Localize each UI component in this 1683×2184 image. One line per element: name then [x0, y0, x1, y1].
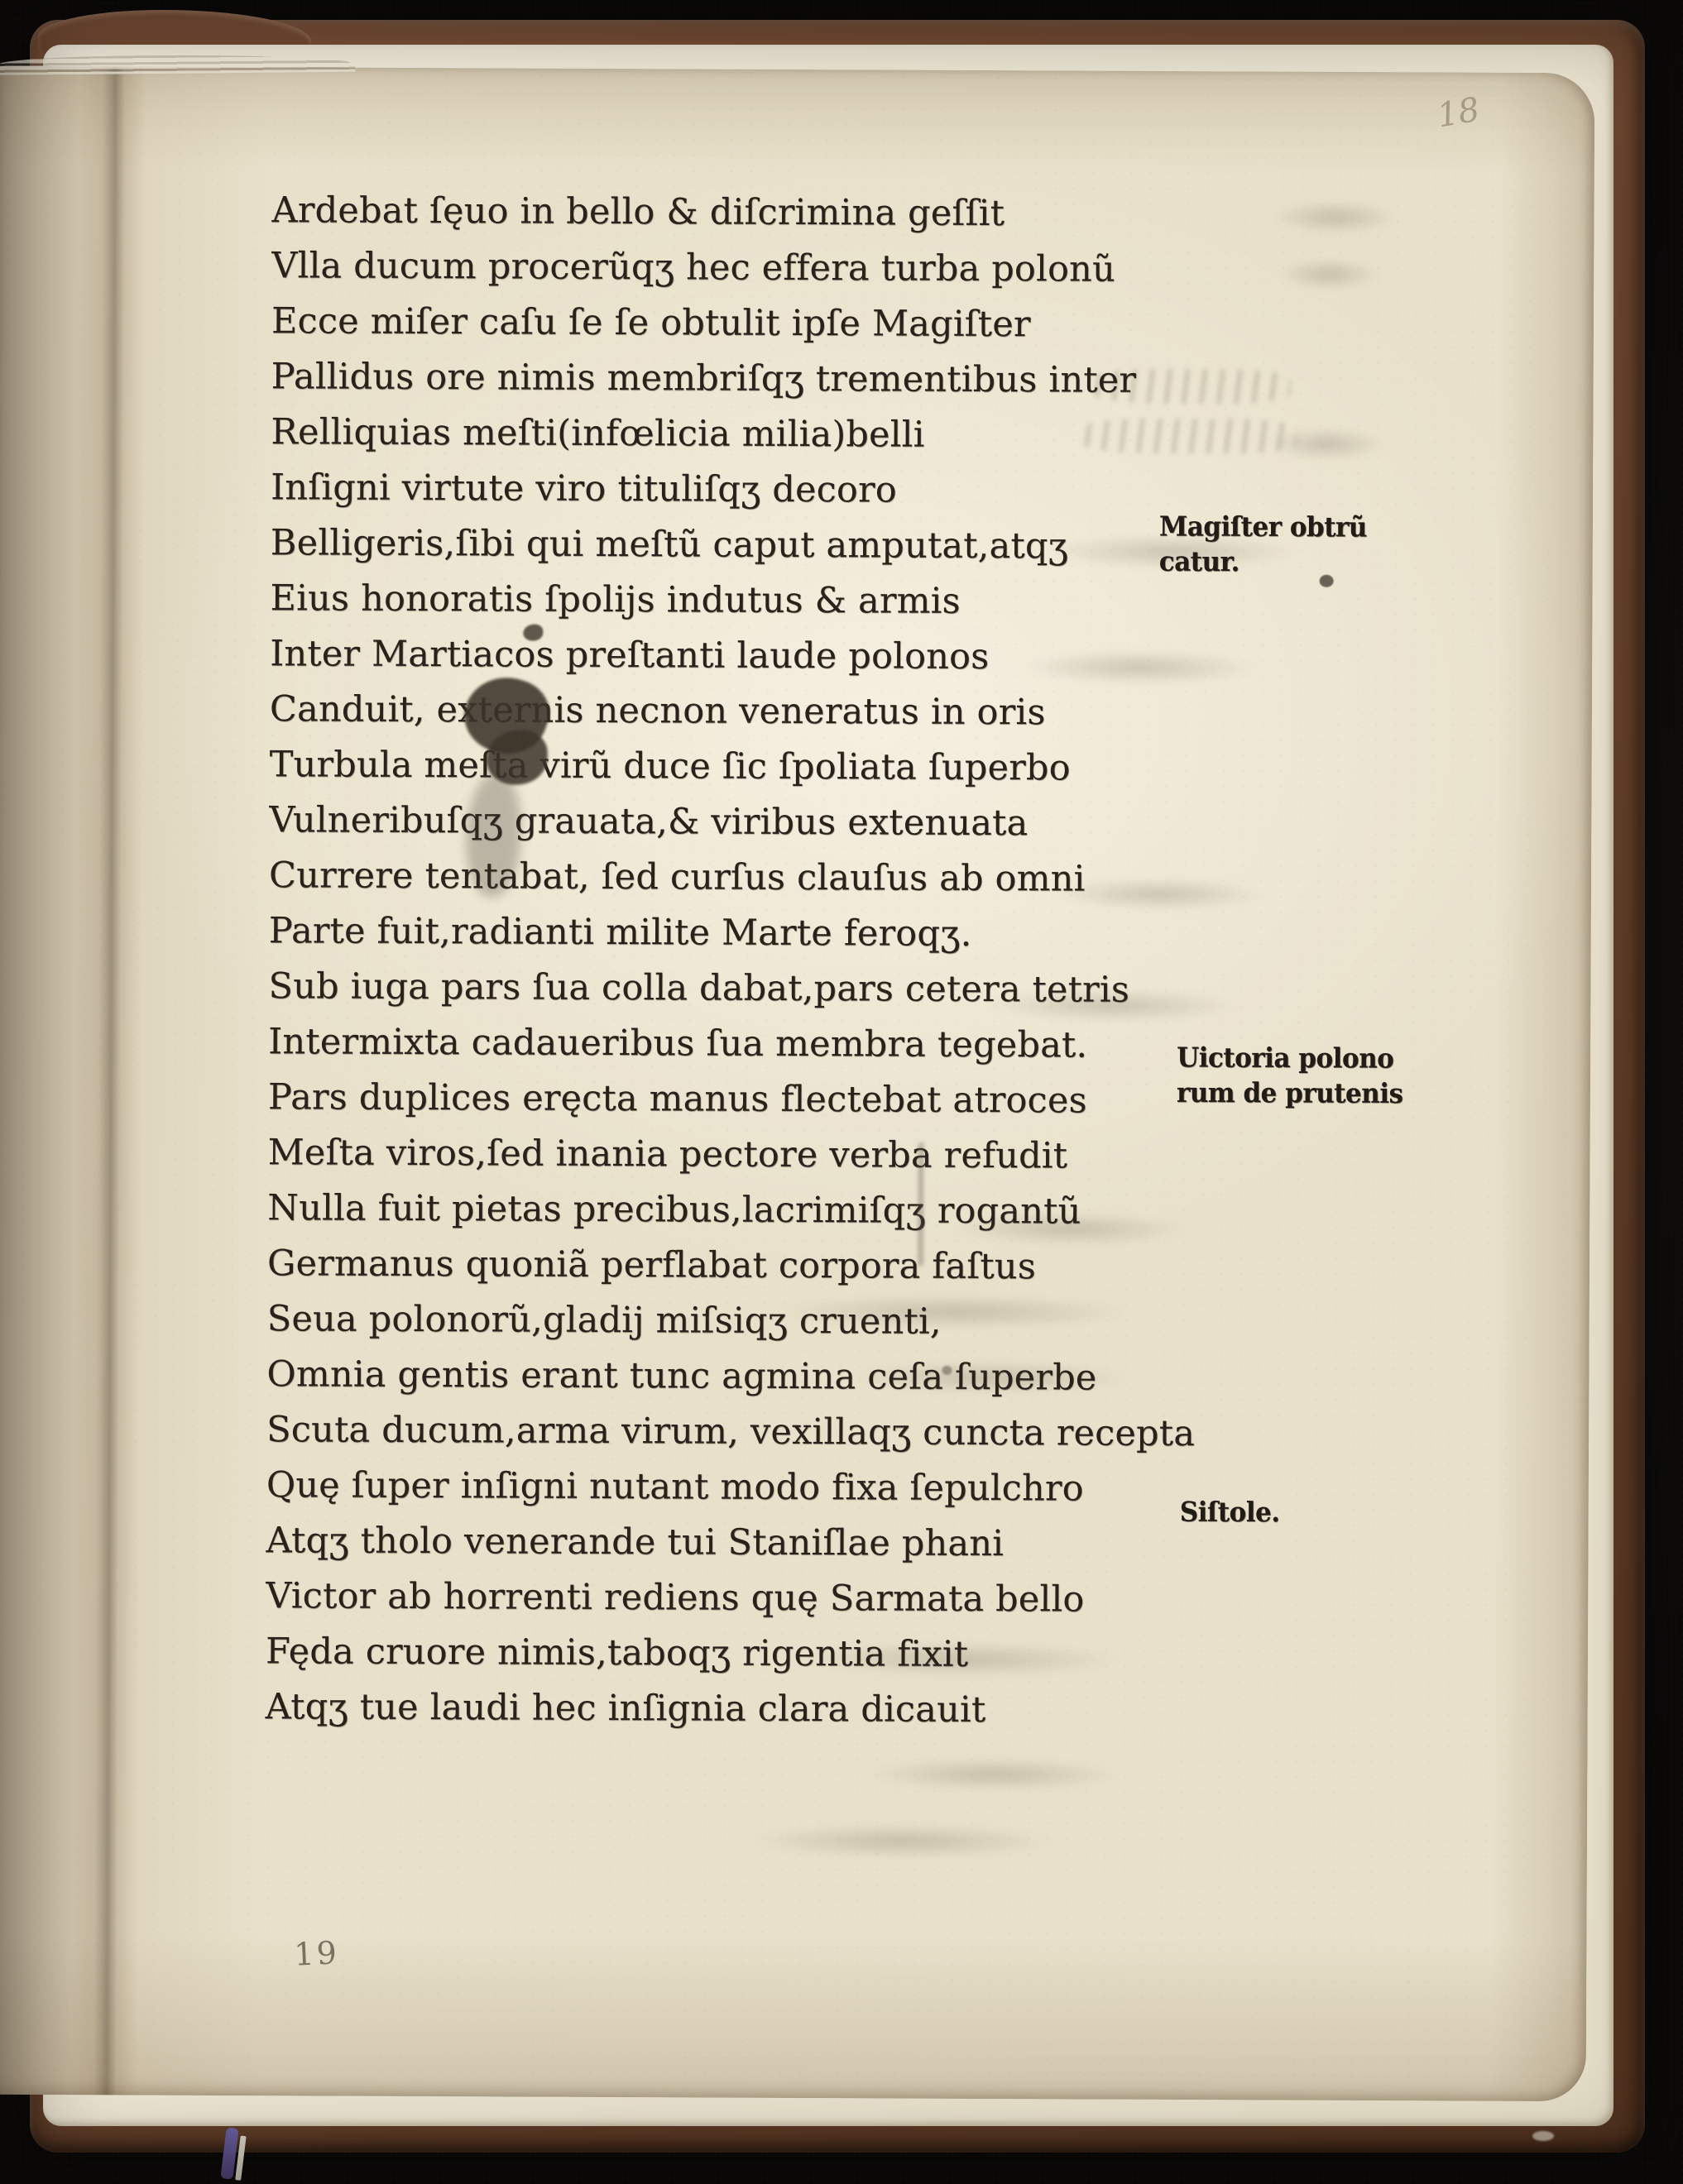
gutter-crease — [70, 66, 159, 2095]
folio-page-number: 19 — [293, 1934, 339, 1973]
marginal-note-line: Magiſter obtrũ — [1159, 510, 1367, 545]
poem-line: Eius honoratis ſpolijs indutus & armis — [270, 572, 1494, 633]
poem-line: Turbula meſta virũ duce ſic ſpoliata ſup… — [270, 739, 1494, 799]
poem-line: Fęda cruore nimis,taboqʒ rigentia fixit — [266, 1626, 1490, 1686]
poem-line: Seua polonorũ,gladij miſsiqʒ cruenti, — [267, 1293, 1492, 1353]
poem-line: Nulla fuit pietas precibus,lacrimiſqʒ ro… — [267, 1182, 1492, 1243]
poem-line: Currere tentabat, ſed curſus clauſus ab … — [269, 850, 1494, 910]
poem-line: Parte fuit,radianti milite Marte feroqʒ. — [269, 905, 1494, 965]
poem-line: Atqʒ tholo venerande tui Staniſlae phani — [266, 1515, 1490, 1575]
dust-fleck — [1532, 2131, 1554, 2141]
marginal-note-sistole: Siſtole. — [1180, 1495, 1280, 1530]
show-through-smudge — [753, 1823, 1051, 1860]
marginal-note-magister: Magiſter obtrũ catur. — [1159, 510, 1367, 581]
poem-line: Vlla ducum procerũqʒ hec effera turba po… — [271, 240, 1496, 300]
marginal-note-line: catur. — [1159, 544, 1367, 580]
marginal-note-line: Uictoria polono — [1177, 1041, 1403, 1077]
poem-line: Vulneribuſqʒ grauata,& viribus extenuata — [269, 794, 1494, 855]
poem-line: Inter Martiacos preſtanti laude polonos — [270, 628, 1494, 688]
poem-line: Relliquias meſti(infœlicia milia)belli — [271, 406, 1495, 467]
book-page: Ardebat ſęuo in bello & diſcrimina geſſi… — [0, 66, 1594, 2101]
poem-line: Atqʒ tue laudi hec inſignia clara dicaui… — [266, 1681, 1490, 1741]
handwritten-foliation-number: 18 — [1435, 91, 1483, 136]
ink-spot — [1320, 575, 1334, 587]
show-through-smudge — [869, 1757, 1117, 1791]
poem-line: Sub iuga pars ſua colla dabat,pars ceter… — [268, 960, 1493, 1021]
poem-line: Ecce miſer caſu ſe ſe obtulit ipſe Magiſ… — [271, 295, 1496, 356]
ink-spot — [942, 1366, 952, 1375]
poem-line: Omnia gentis erant tunc agmina ceſa ſupe… — [266, 1348, 1491, 1409]
poem-line: Scuta ducum,arma virum, vexillaqʒ cuncta… — [266, 1404, 1491, 1464]
poem-line: Ardebat ſęuo in bello & diſcrimina geſſi… — [271, 184, 1496, 245]
poem-text: Ardebat ſęuo in bello & diſcrimina geſſi… — [266, 184, 1497, 1741]
poem-line: Canduit, externis necnon veneratus in or… — [270, 683, 1494, 744]
ink-blot — [523, 625, 543, 641]
marginal-note-victoria: Uictoria polono rum de prutenis — [1177, 1041, 1403, 1112]
poem-line: Meſta viros,ſed inania pectore verba ref… — [267, 1127, 1492, 1187]
poem-line: Pallidus ore nimis membriſqʒ trementibus… — [271, 351, 1496, 411]
poem-line: Germanus quoniã perflabat corpora faſtus — [267, 1238, 1492, 1298]
marginal-note-line: Siſtole. — [1180, 1495, 1280, 1530]
poem-line: Victor ab horrenti rediens quę Sarmata b… — [266, 1570, 1490, 1631]
paper-scratch — [918, 1142, 924, 1267]
book-photograph: Ardebat ſęuo in bello & diſcrimina geſſi… — [0, 0, 1683, 2184]
marginal-note-line: rum de prutenis — [1177, 1075, 1403, 1112]
poem-line: Quę ſuper inſigni nutant modo fixa ſepul… — [266, 1459, 1491, 1520]
